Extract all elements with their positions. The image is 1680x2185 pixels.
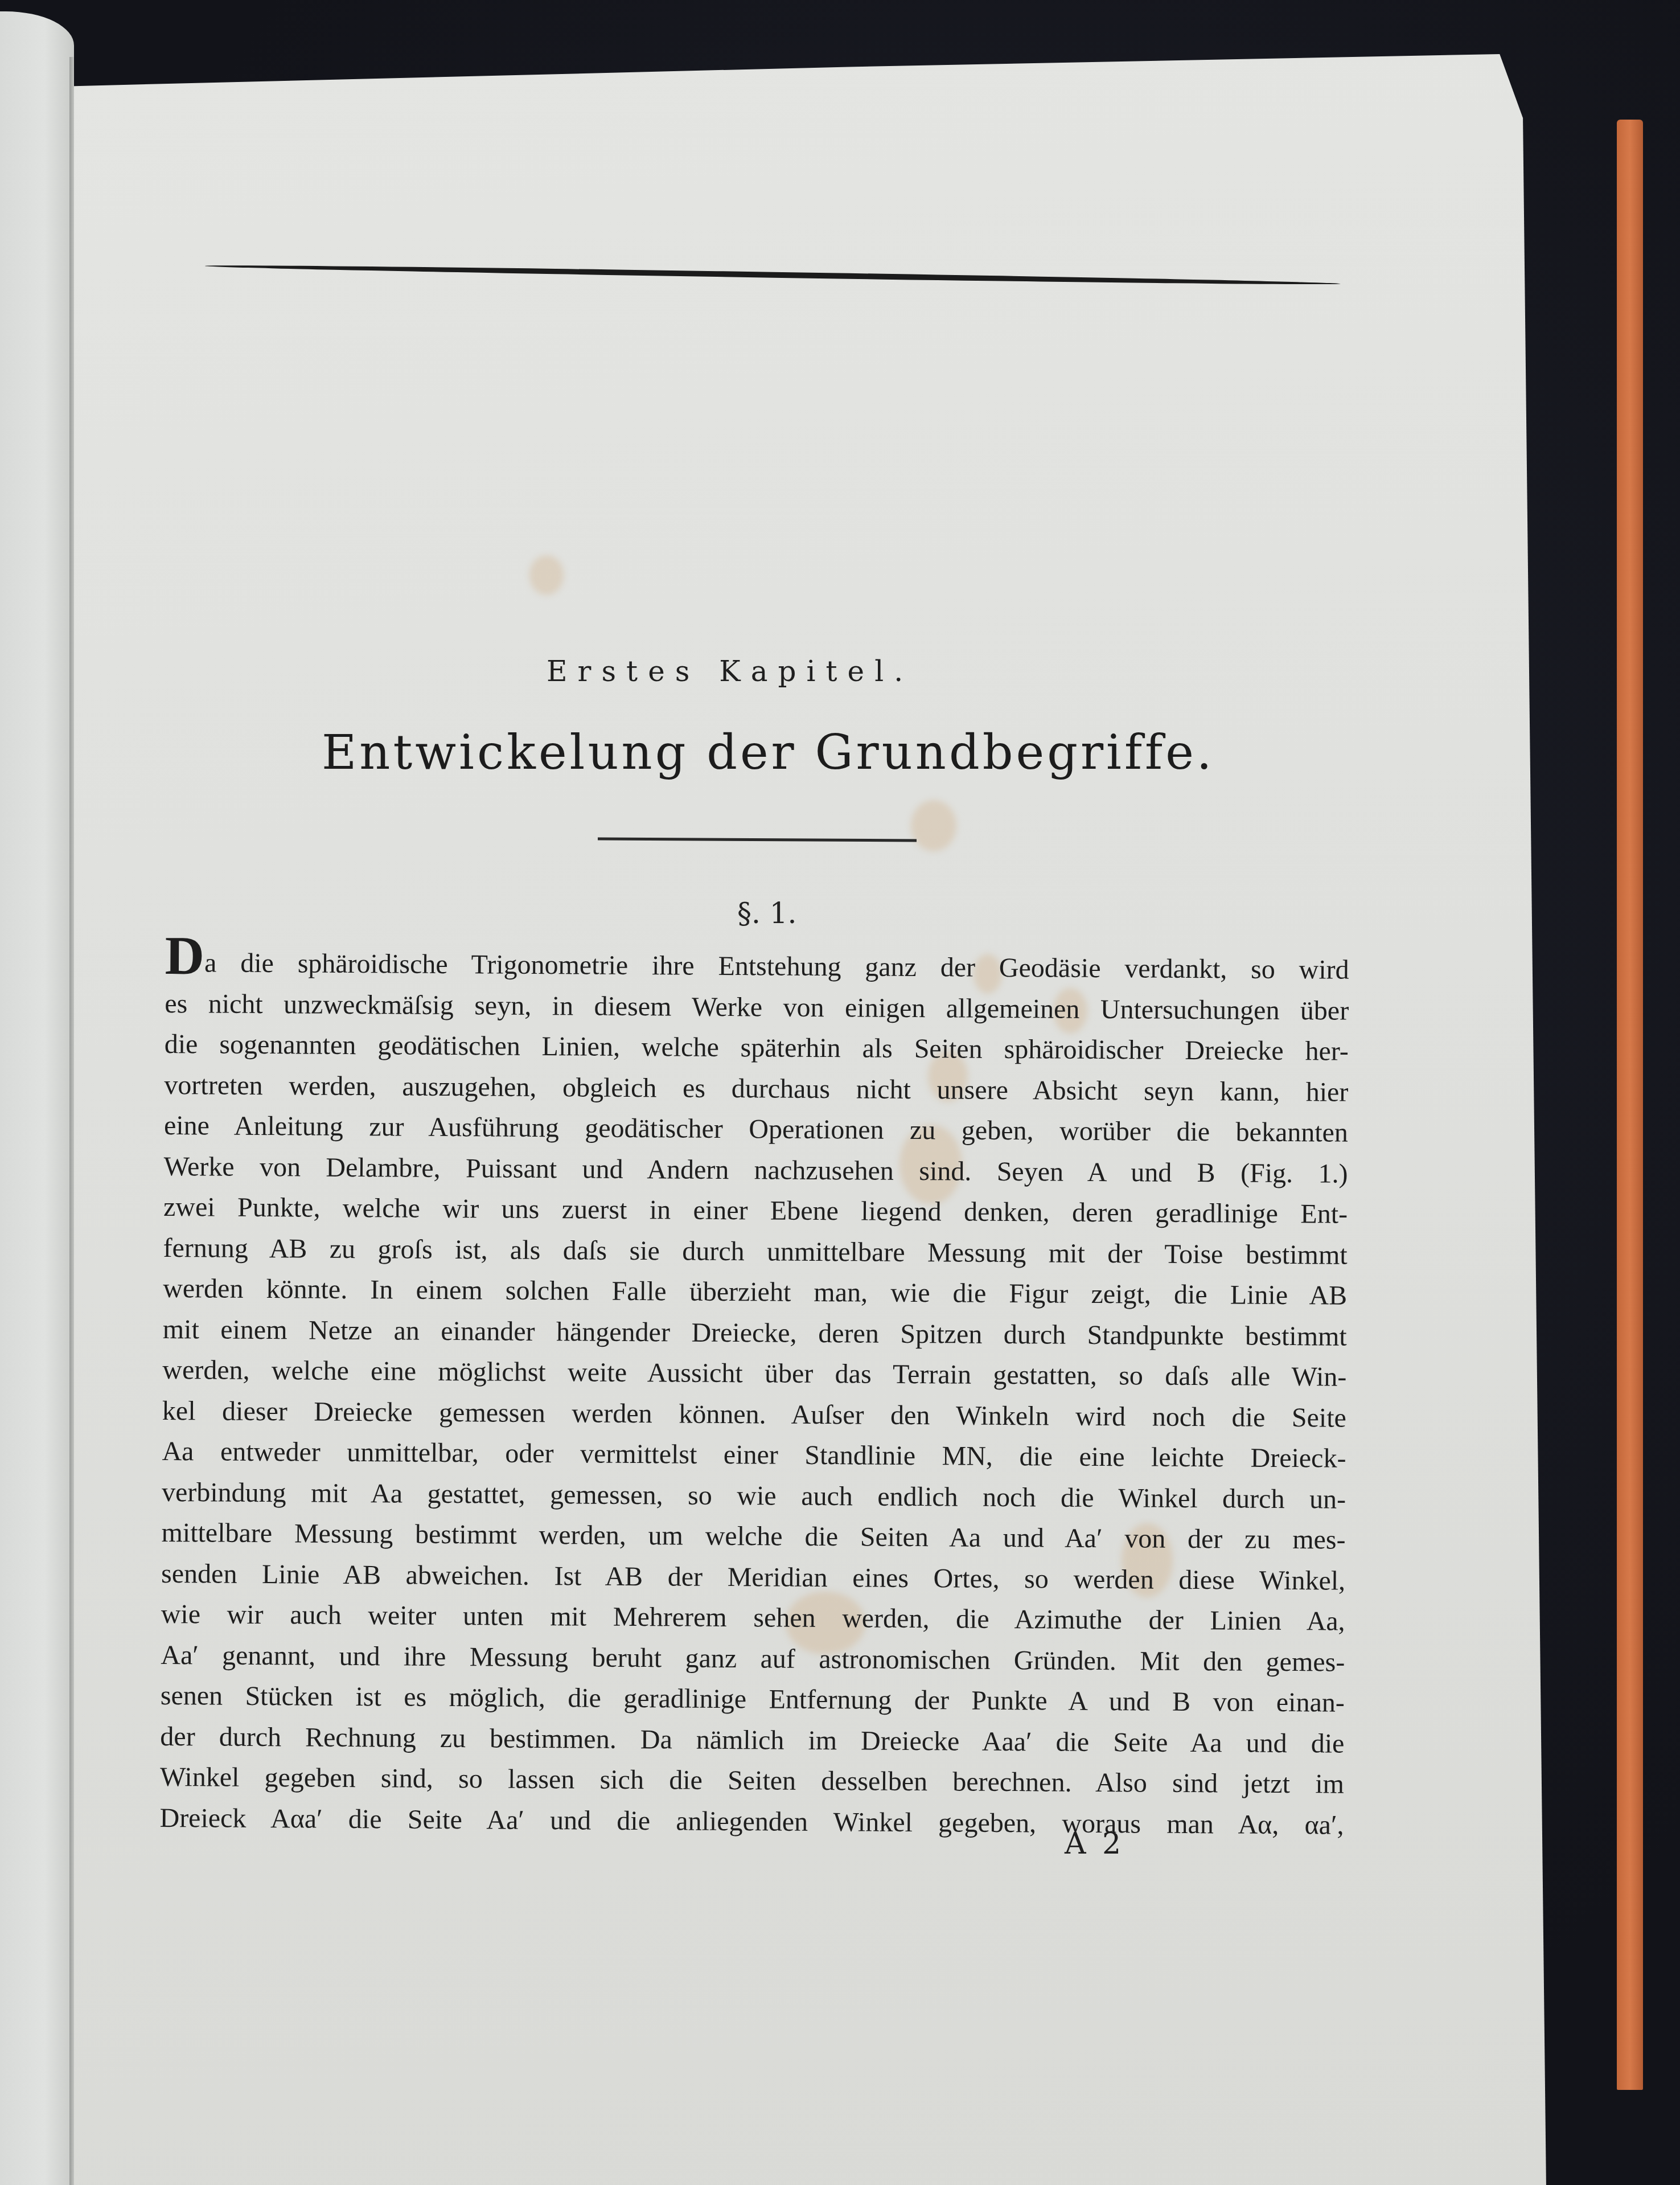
section-number: §. 1. [737,897,797,930]
body-paragraph: Da die sphäroidische Trigonometrie ihre … [159,938,1349,1846]
book-gutter [69,57,74,2185]
left-page-edge [0,11,74,2185]
drop-cap: D [165,925,204,986]
text-line: zwei Punkte, welche wir uns zuerst in ei… [163,1187,1348,1235]
text-line: senden Linie AB abweichen. Ist AB der Me… [161,1553,1345,1601]
chapter-title: Entwickelung der Grundbegriffe. [322,724,1215,780]
text-line: Winkel gegeben sind, so lassen sich die … [160,1757,1344,1805]
text-line: werden könnte. In einem solchen Falle üb… [163,1268,1347,1316]
text-line: a die sphäroidische Trigonometrie ihre E… [204,948,1349,985]
text-line: es nicht unzweckmäſsig seyn, in diesem W… [165,983,1349,1031]
text-line: werden, welche eine möglichst weite Auss… [162,1350,1346,1397]
text-line: fernung AB zu groſs ist, als daſs sie du… [163,1227,1347,1275]
foxing-stain [911,800,956,851]
text-line: Aa′ genannt, und ihre Messung beruht gan… [161,1634,1345,1682]
text-line: verbindung mit Aa gestattet, gemessen, s… [162,1471,1346,1519]
text-line: der durch Rechnung zu bestimmen. Da näml… [160,1716,1344,1764]
text-line: mittelbare Messung bestimmt werden, um w… [161,1512,1345,1560]
text-line: mit einem Netze an einander hängender Dr… [163,1309,1347,1356]
text-line: vortreten werden, auszugehen, obgleich e… [164,1064,1348,1112]
text-line: senen Stücken ist es möglich, die geradl… [161,1675,1345,1723]
text-line: Aa entweder unmittelbar, oder vermittels… [162,1431,1346,1479]
foxing-stain [529,555,564,595]
text-line: Werke von Delambre, Puissant und Andern … [163,1146,1348,1194]
signature-mark: A 2 [1065,1827,1124,1861]
text-line: die sogenannten geodätischen Linien, wel… [165,1024,1349,1072]
chapter-label: Erstes Kapitel. [547,655,913,688]
text-line: eine Anleitung zur Ausführung geodätisch… [164,1105,1348,1153]
book-cover-edge [1617,120,1643,2090]
text-line: kel dieser Dreiecke gemessen werden könn… [162,1390,1346,1438]
text-line: Dreieck Aαa′ die Seite Aa′ und die anlie… [159,1797,1344,1845]
text-line: wie wir auch weiter unten mit Mehrerem s… [161,1594,1345,1642]
